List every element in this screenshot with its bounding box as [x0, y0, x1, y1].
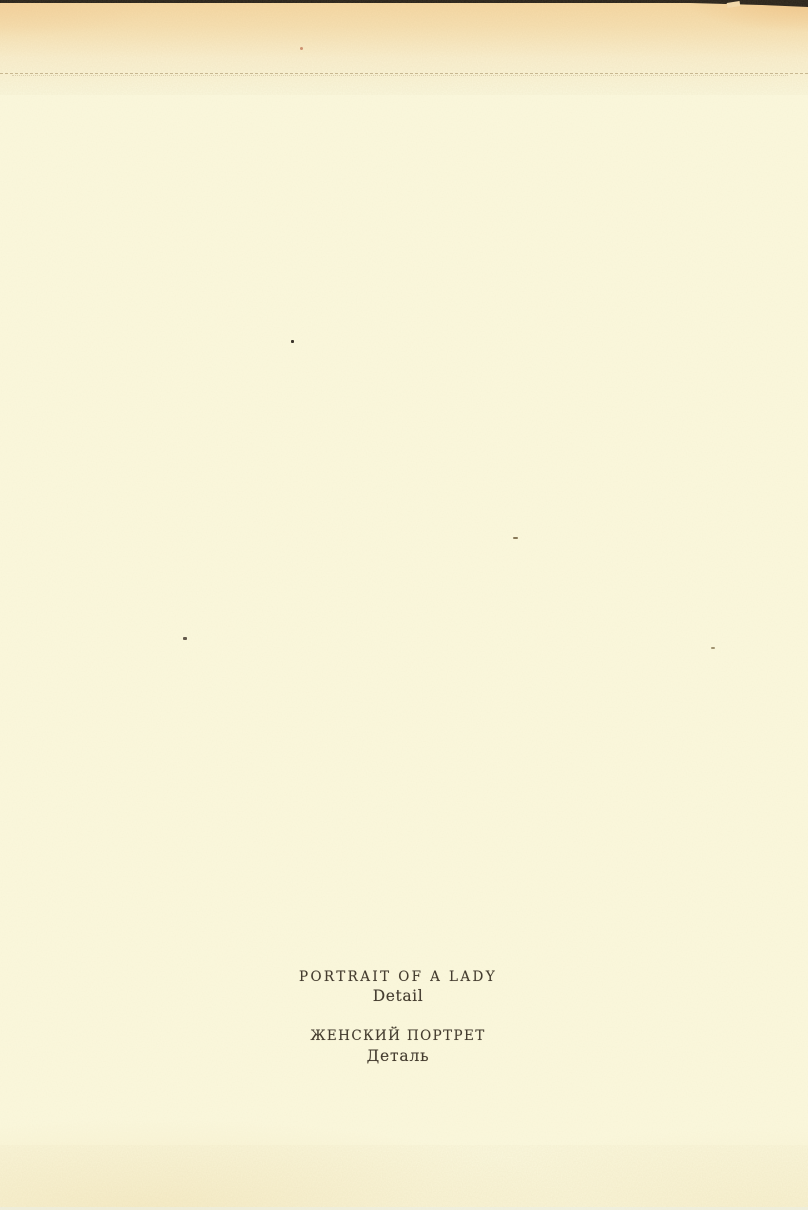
paper-speck [183, 637, 187, 640]
caption-title-english: PORTRAIT OF A LADY [0, 969, 802, 985]
page-overlap-crease-line [0, 73, 808, 74]
paper-speck [291, 340, 294, 343]
caption-title-russian: ЖЕНСКИЙ ПОРТРЕТ [0, 1028, 802, 1044]
page-top-warm-band [0, 0, 808, 94]
paper-speck [300, 47, 303, 50]
caption-detail-russian: Деталь [0, 1047, 802, 1065]
scan-top-dark-edge [0, 0, 808, 3]
paper-speck [513, 537, 518, 539]
scanned-book-page: PORTRAIT OF A LADY Detail ЖЕНСКИЙ ПОРТРЕ… [0, 0, 808, 1210]
caption-detail-english: Detail [0, 987, 802, 1005]
paper-speck [711, 647, 715, 649]
page-overlap-crease-line-faint [12, 75, 788, 76]
